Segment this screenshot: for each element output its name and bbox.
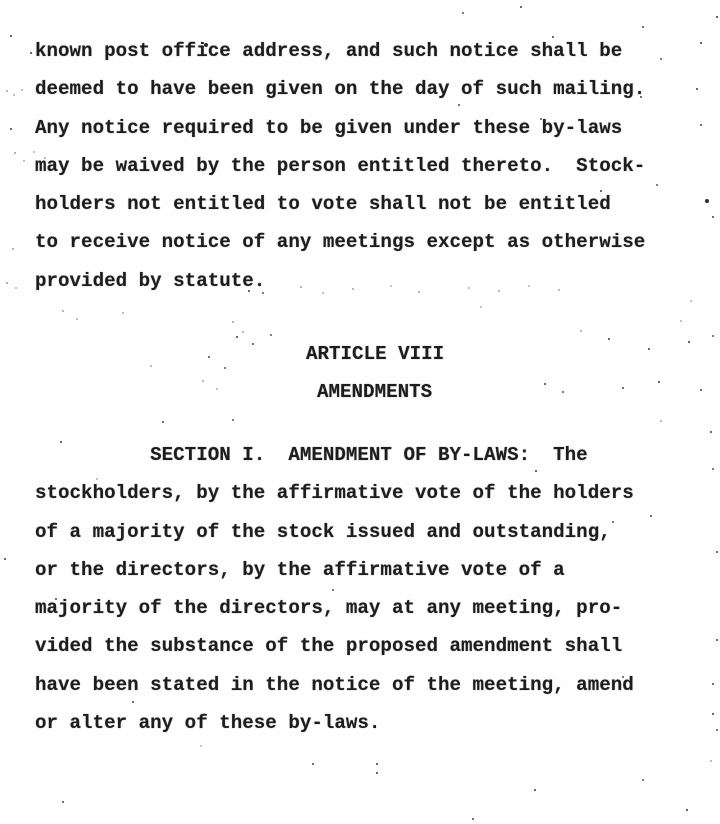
text-line: SECTION I. AMENDMENT OF BY-LAWS: The — [35, 436, 634, 474]
text-line: Any notice required to be given under th… — [35, 109, 645, 147]
text-line: stockholders, by the affirmative vote of… — [35, 474, 634, 512]
text-line: vided the substance of the proposed amen… — [35, 627, 634, 665]
text-line: or the directors, by the affirmative vot… — [35, 551, 634, 589]
scan-noise-faint — [0, 0, 2, 2]
text-line: to receive notice of any meetings except… — [35, 223, 645, 261]
scanned-document-page: known post office address, and such noti… — [0, 0, 720, 824]
text-line: deemed to have been given on the day of … — [35, 70, 645, 108]
text-line: may be waived by the person entitled the… — [35, 147, 645, 185]
text-line: of a majority of the stock issued and ou… — [35, 513, 634, 551]
text-line: holders not entitled to vote shall not b… — [35, 185, 645, 223]
text-line: or alter any of these by-laws. — [35, 704, 634, 742]
text-line: known post office address, and such noti… — [35, 32, 645, 70]
text-line: provided by statute. — [35, 262, 645, 300]
amendment-section-paragraph: SECTION I. AMENDMENT OF BY-LAWS: The sto… — [35, 436, 634, 742]
notice-paragraph: known post office address, and such noti… — [35, 32, 645, 300]
article-heading: ARTICLE VIII — [306, 335, 444, 373]
amendments-heading: AMENDMENTS — [317, 373, 432, 411]
text-line: have been stated in the notice of the me… — [35, 666, 634, 704]
text-line: majority of the directors, may at any me… — [35, 589, 634, 627]
